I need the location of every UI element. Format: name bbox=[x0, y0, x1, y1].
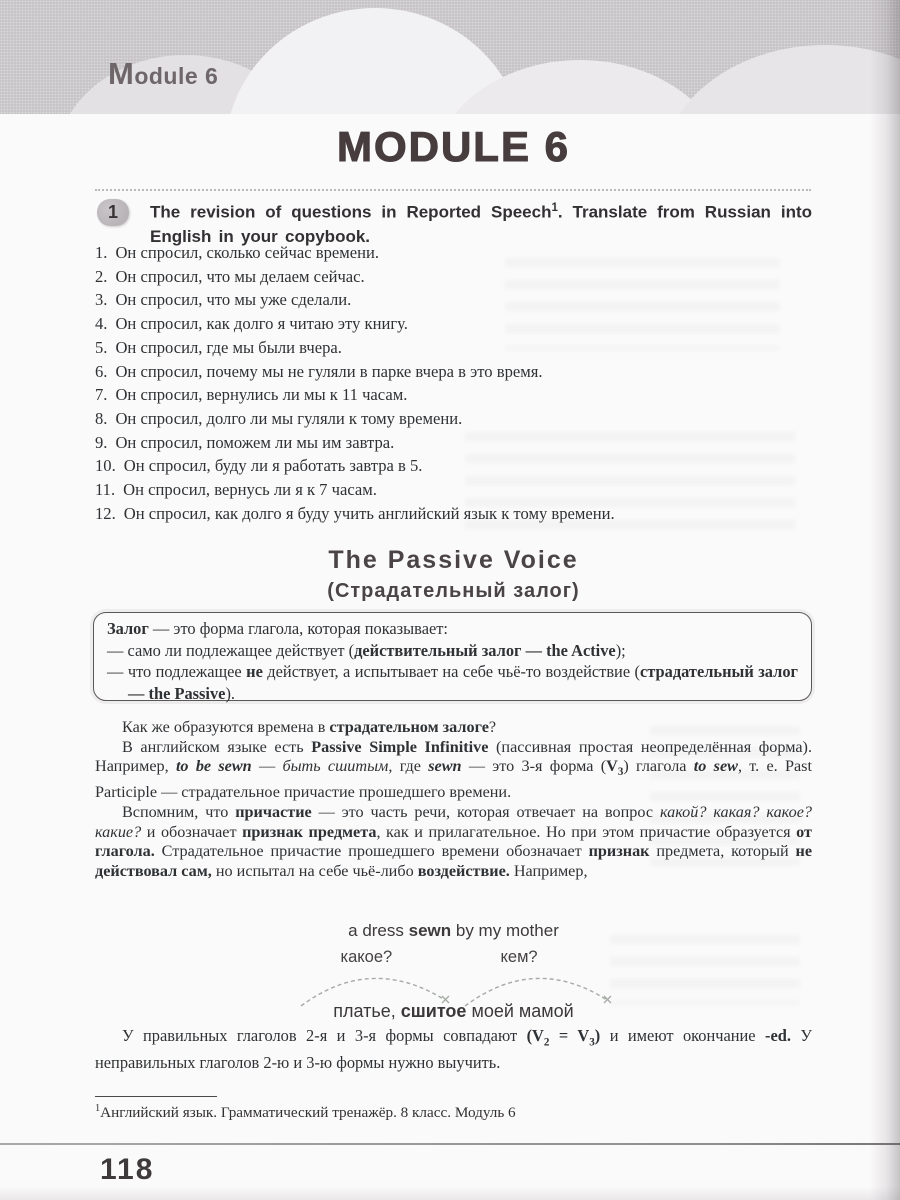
item-text: Он спросил, как долго я буду учить англи… bbox=[124, 504, 615, 523]
page-number: 118 bbox=[100, 1153, 154, 1187]
page-edge-shadow bbox=[0, 1186, 900, 1200]
section-heading-ru: (Страдательный залог) bbox=[95, 580, 812, 603]
item-text: Он спросил, где мы были вчера. bbox=[115, 338, 341, 357]
item-text: Он спросил, буду ли я работать завтра в … bbox=[124, 456, 423, 475]
list-item: 11.Он спросил, вернусь ли я к 7 часам. bbox=[95, 478, 812, 502]
question-diagram: какое? кем? bbox=[95, 948, 812, 1006]
list-item: 6.Он спросил, почему мы не гуляли в парк… bbox=[95, 360, 812, 384]
explanation-paragraphs: Как же образуются времена в страдательно… bbox=[95, 718, 812, 882]
footnote-divider bbox=[95, 1096, 217, 1097]
item-number: 1. bbox=[95, 243, 115, 262]
paragraph: Вспомним, что причастие — это часть речи… bbox=[95, 803, 812, 882]
list-item: 4.Он спросил, как долго я читаю эту книг… bbox=[95, 312, 812, 336]
item-text: Он спросил, вернусь ли я к 7 часам. bbox=[123, 480, 377, 499]
item-text: Он спросил, долго ли мы гуляли к тому вр… bbox=[115, 409, 462, 428]
rule-line: Залог — это форма глагола, которая показ… bbox=[107, 618, 798, 640]
list-item: 3.Он спросил, что мы уже сделали. bbox=[95, 288, 812, 312]
list-item: 12.Он спросил, как долго я буду учить ан… bbox=[95, 502, 812, 526]
item-text: Он спросил, что мы уже сделали. bbox=[115, 290, 351, 309]
list-item: 2.Он спросил, что мы делаем сейчас. bbox=[95, 265, 812, 289]
bottom-divider bbox=[0, 1143, 900, 1145]
rule-line: — что подлежащее не действует, а испытыв… bbox=[107, 661, 798, 704]
module-tab-label: Module 6 bbox=[108, 56, 218, 92]
item-number: 8. bbox=[95, 409, 115, 428]
section-heading-en: The Passive Voice bbox=[95, 546, 812, 575]
item-number: 11. bbox=[95, 480, 123, 499]
list-item: 5.Он спросил, где мы были вчера. bbox=[95, 336, 812, 360]
item-text: Он спросил, что мы делаем сейчас. bbox=[115, 267, 364, 286]
item-text: Он спросил, почему мы не гуляли в парке … bbox=[115, 362, 542, 381]
list-item: 1.Он спросил, сколько сейчас времени. bbox=[95, 241, 812, 265]
book-page: Module 6 MODULE 6 1 The revision of ques… bbox=[0, 0, 900, 1200]
list-item: 10.Он спросил, буду ли я работать завтра… bbox=[95, 454, 812, 478]
item-number: 7. bbox=[95, 385, 115, 404]
item-number: 4. bbox=[95, 314, 115, 333]
cloud-shape bbox=[660, 45, 900, 114]
example-english: a dress sewn by my mother bbox=[95, 921, 812, 941]
page-title: MODULE 6 bbox=[95, 123, 812, 171]
footnote: 1Английский язык. Грамматический тренажё… bbox=[95, 1103, 812, 1122]
item-number: 3. bbox=[95, 290, 115, 309]
task-list: 1.Он спросил, сколько сейчас времени. 2.… bbox=[95, 241, 812, 525]
page-edge-shadow bbox=[870, 0, 900, 1200]
example-russian: платье, сшитое моей мамой bbox=[95, 1001, 812, 1022]
list-item: 7.Он спросил, вернулись ли мы к 11 часам… bbox=[95, 383, 812, 407]
rule-line: — само ли подлежащее действует (действит… bbox=[107, 640, 798, 662]
footnote-text: Английский язык. Грамматический тренажёр… bbox=[100, 1104, 515, 1121]
dotted-divider bbox=[95, 189, 811, 191]
paragraph: У правильных глаголов 2-я и 3-я формы со… bbox=[95, 1026, 812, 1074]
item-number: 2. bbox=[95, 267, 115, 286]
section-heading: The Passive Voice (Страдательный залог) bbox=[95, 546, 812, 603]
item-number: 10. bbox=[95, 456, 124, 475]
item-number: 12. bbox=[95, 504, 124, 523]
exercise-number-badge: 1 bbox=[97, 199, 129, 226]
paragraph: Как же образуются времена в страдательно… bbox=[95, 718, 812, 738]
grammar-rule-box: Залог — это форма глагола, которая показ… bbox=[93, 612, 812, 701]
item-text: Он спросил, сколько сейчас времени. bbox=[115, 243, 379, 262]
item-number: 5. bbox=[95, 338, 115, 357]
item-text: Он спросил, вернулись ли мы к 11 часам. bbox=[115, 385, 407, 404]
list-item: 9.Он спросил, поможем ли мы им завтра. bbox=[95, 431, 812, 455]
paragraph: В английском языке есть Passive Simple I… bbox=[95, 738, 812, 803]
item-number: 6. bbox=[95, 362, 115, 381]
final-paragraph-block: У правильных глаголов 2-я и 3-я формы со… bbox=[95, 1026, 812, 1074]
list-item: 8.Он спросил, долго ли мы гуляли к тому … bbox=[95, 407, 812, 431]
item-number: 9. bbox=[95, 433, 115, 452]
item-text: Он спросил, поможем ли мы им завтра. bbox=[115, 433, 394, 452]
item-text: Он спросил, как долго я читаю эту книгу. bbox=[115, 314, 408, 333]
